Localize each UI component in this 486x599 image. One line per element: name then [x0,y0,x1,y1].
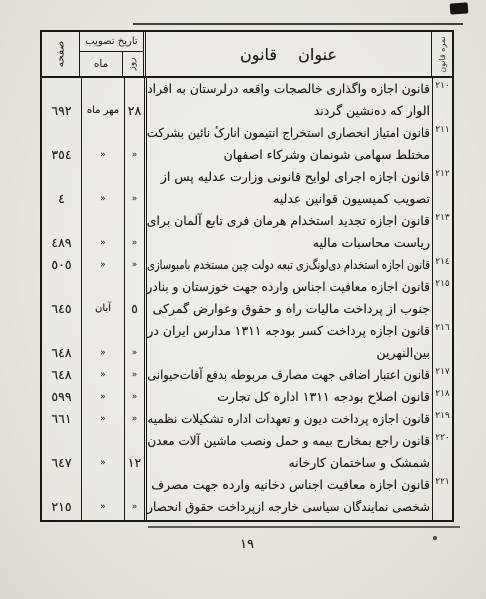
approval-day-cell: « [124,386,144,408]
approval-day-cell: ٢٨ [124,78,144,122]
approval-month-cell: « [81,210,124,254]
law-number: ٢١٨ [432,386,452,408]
law-title-line: مختلط سهامی شونمان وشرکاء اصفهان [147,144,430,166]
table-body: ٢١٠قانون اجازه واگذاری خالصجات واقعه درل… [42,78,452,520]
law-number: ٢١٧ [432,364,452,386]
gazette-page-cell: ٦٤٨ [42,364,81,386]
law-title-line: تصویب کمیسیون قوانین عدلیه [147,188,430,210]
scanned-gazette-page: { "header": { "law_number_col": "نمره قا… [0,0,486,599]
law-entry: ٢١٠قانون اجازه واگذاری خالصجات واقعه درل… [42,78,452,122]
law-title: قانون راجع بمخارج بیمه و حمل ونصب ماشین … [144,430,432,474]
law-title: قانون اصلاح بودجه ١٣١١ اداره کل تجارت [144,386,432,408]
approval-day: « [132,254,138,276]
gazette-page-cell: ٦٦١ [42,408,81,430]
header-page-cell: صفحه [42,32,79,76]
law-title: قانون اجازه تجدید استخدام هرمان فری تابع… [144,210,432,254]
table-header: نمره قانون عنوان قانون تاریخ تصویب روز م… [42,32,452,78]
approval-day-cell: « [124,408,144,430]
approval-month: آبان [95,298,111,320]
gazette-page-number: ٥٩٩ [51,386,71,408]
law-number: ٢١٤ [432,254,452,276]
law-entry: ٢٢٠قانون راجع بمخارج بیمه و حمل ونصب ماش… [42,430,452,474]
law-title-line: قانون اعتبار اضافی جهت مصارف مربوطه بدفع… [171,364,430,386]
approval-day: ٢٨ [128,100,141,122]
approval-month-cell: « [81,122,124,166]
approval-month: « [100,144,106,166]
law-title: قانون اجازه واگذاری خالصجات واقعه درلرست… [144,78,432,122]
approval-month: « [100,496,106,518]
gazette-page-number: ٤٨٩ [51,232,71,254]
 [144,518,432,520]
approval-day: « [132,386,138,408]
approval-day-cell: « [124,122,144,166]
law-entry: ٢١٢قانون اجازه اجرای لوایح قانونی وزارت … [42,166,452,210]
law-title-line: قانون اجازه استخدام دی‌لونگ‌زی تبعه دولت… [204,254,430,276]
gazette-page-number: ٦٤٨ [51,342,71,364]
approval-day-cell: « [124,474,144,518]
 [124,518,144,520]
law-title-line: قانون امتیاز انحصاری استخراج انتیمون انا… [166,122,430,144]
header-page-label: صفحه [55,41,67,68]
gazette-page-cell: ٥٩٩ [42,386,81,408]
law-title-line: قانون اجازه اجرای لوایح قانونی وزارت عدل… [147,166,430,188]
law-title-line: قانون اصلاح بودجه ١٣١١ اداره کل تجارت [147,386,430,408]
approval-month-cell: « [81,474,124,518]
approval-month-cell: « [81,430,124,474]
law-number: ٢١٥ [432,276,452,320]
approval-month-cell: « [81,254,124,276]
approval-day: ٥ [131,298,138,320]
header-title-label: عنوان قانون [240,45,337,64]
table-filler-row [42,518,452,520]
gazette-page-number: ٦٦١ [51,408,71,430]
law-entry: ٢٢١قانون اجازه معافیت اجناس دخانیه وارده… [42,474,452,518]
approval-month-cell: « [81,364,124,386]
law-title: قانون اجازه معافیت اجناس دخانیه وارده جه… [144,474,432,518]
laws-index-table: نمره قانون عنوان قانون تاریخ تصویب روز م… [40,30,454,522]
 [81,518,124,520]
approval-month: « [100,254,106,276]
approval-day: « [132,342,138,364]
law-title-line: جنوب از پرداخت مالیات راه و حقوق وعوارض … [147,298,430,320]
law-title-line: الوار که ده‌نشین گردند [147,100,430,122]
approval-day-cell: ٥ [124,276,144,320]
approval-day-cell: « [124,364,144,386]
approval-month: « [100,342,106,364]
ink-blot-artifact [450,2,469,14]
top-double-rule-artifact [133,23,463,25]
law-title: قانون اجازه اجرای لوایح قانونی وزارت عدل… [144,166,432,210]
law-title-line: ریاست محاسبات مالیه [147,232,430,254]
gazette-page-number: ٣٥٤ [51,144,71,166]
approval-month: مهر ماه [87,100,119,122]
approval-day: « [132,144,138,166]
gazette-page-cell: ٦٤٧ [42,430,81,474]
law-title-line: قانون اجازه پرداخت دیون و تعهدات اداره ت… [160,408,430,430]
gazette-page-cell: ٦٤٥ [42,276,81,320]
 [432,518,452,520]
gazette-page-number: ٦٤٥ [51,298,71,320]
gazette-page-cell: ٤ [42,166,81,210]
approval-day: « [132,496,138,518]
approval-day-cell: ١٢ [124,430,144,474]
gazette-page-number: ٤ [58,188,65,210]
page-footer-number: ١٩ [40,537,454,552]
law-entry: ٢١٦قانون اجازه پرداخت کسر بودجه ١٣١١ مدا… [42,320,452,364]
law-title-line: قانون اجازه معافیت اجناس دخانیه وارده جه… [147,474,430,496]
header-day-cell: روز [122,52,143,76]
law-entry: ٢١٥قانون اجازه معافیت اجناس وارده جهت خو… [42,276,452,320]
approval-day: ١٢ [128,452,141,474]
approval-month: « [100,408,106,430]
law-title: قانون اجازه پرداخت کسر بودجه ١٣١١ مدارس … [144,320,432,364]
law-title-line: قانون اجازه پرداخت کسر بودجه ١٣١١ مدارس … [149,320,430,342]
 [42,518,81,520]
approval-month-cell: مهر ماه [81,78,124,122]
law-title-line: قانون اجازه تجدید استخدام هرمان فری تابع… [148,210,430,232]
gazette-page-number: ٢١٥ [51,496,71,518]
approval-day: « [132,408,138,430]
law-number: ٢١١ [432,122,452,166]
approval-month: « [100,386,106,408]
approval-month: « [100,188,106,210]
approval-day: « [132,188,138,210]
law-title-line: شمشک و ساختمان کارخانه [147,452,430,474]
gazette-page-number: ٦٩٢ [51,100,71,122]
header-approval-date-cell: تاریخ تصویب روز ماه [79,32,143,76]
approval-day-cell: « [124,320,144,364]
law-number: ٢١٠ [432,78,452,122]
law-title: قانون اجازه استخدام دی‌لونگ‌زی تبعه دولت… [144,254,432,276]
approval-month-cell: « [81,320,124,364]
gazette-page-cell: ٢١٥ [42,474,81,518]
law-title-line: قانون اجازه واگذاری خالصجات واقعه درلرست… [153,78,430,100]
law-entry: ٢١٣قانون اجازه تجدید استخدام هرمان فری ت… [42,210,452,254]
law-number: ٢١٣ [432,210,452,254]
gazette-page-cell: ٤٨٩ [42,210,81,254]
law-entry: ٢١٤قانون اجازه استخدام دی‌لونگ‌زی تبعه د… [42,254,452,276]
law-number: ٢١٦ [432,320,452,364]
gazette-page-number: ٦٤٨ [51,364,71,386]
approval-day-cell: « [124,254,144,276]
approval-month-cell: آبان [81,276,124,320]
header-law-number-cell: نمره قانون [431,32,452,76]
gazette-page-number: ٦٤٧ [51,452,71,474]
bottom-double-rule-artifact [148,526,460,528]
approval-day-cell: « [124,210,144,254]
header-month-cell: ماه [80,52,122,76]
approval-month: « [100,364,106,386]
approval-month: « [100,452,106,474]
header-approval-date-label: تاریخ تصویب [80,32,143,52]
law-number: ٢٢٠ [432,430,452,474]
law-title: قانون اجازه معافیت اجناس وارده جهت خوزست… [144,276,432,320]
law-entry: ٢١٨قانون اصلاح بودجه ١٣١١ اداره کل تجارت… [42,386,452,408]
approval-day: « [132,364,138,386]
law-title-line: قانون اجازه معافیت اجناس وارده جهت خوزست… [154,276,430,298]
law-title-line: بین‌النهرین [147,342,430,364]
approval-day: « [132,232,138,254]
gazette-page-cell: ٦٤٨ [42,320,81,364]
law-entry: ٢١٩قانون اجازه پرداخت دیون و تعهدات ادار… [42,408,452,430]
law-entry: ٢١١قانون امتیاز انحصاری استخراج انتیمون … [42,122,452,166]
law-entry: ٢١٧قانون اعتبار اضافی جهت مصارف مربوطه ب… [42,364,452,386]
approval-month-cell: « [81,408,124,430]
approval-day-cell: « [124,166,144,210]
header-day-label: روز [128,57,138,70]
header-month-label: ماه [94,58,108,70]
law-title-line: قانون راجع بمخارج بیمه و حمل ونصب ماشین … [159,430,430,452]
law-title-line: شخصی نمایندگان سیاسی خارجه ازپرداخت حقوق… [160,496,430,518]
law-title: قانون اجازه پرداخت دیون و تعهدات اداره ت… [144,408,432,430]
header-date-subrow: روز ماه [80,52,143,76]
law-number: ٢١٩ [432,408,452,430]
gazette-page-number: ٥٠٥ [51,254,71,276]
gazette-page-cell: ٣٥٤ [42,122,81,166]
header-law-number-label: نمره قانون [438,36,447,73]
law-title: قانون امتیاز انحصاری استخراج انتیمون انا… [144,122,432,166]
header-title-cell: عنوان قانون [143,32,431,76]
gazette-page-cell: ٥٠٥ [42,254,81,276]
approval-month-cell: « [81,166,124,210]
approval-month: « [100,232,106,254]
law-number: ٢٢١ [432,474,452,518]
gazette-page-cell: ٦٩٢ [42,78,81,122]
approval-month-cell: « [81,386,124,408]
law-number: ٢١٢ [432,166,452,210]
law-title: قانون اعتبار اضافی جهت مصارف مربوطه بدفع… [144,364,432,386]
